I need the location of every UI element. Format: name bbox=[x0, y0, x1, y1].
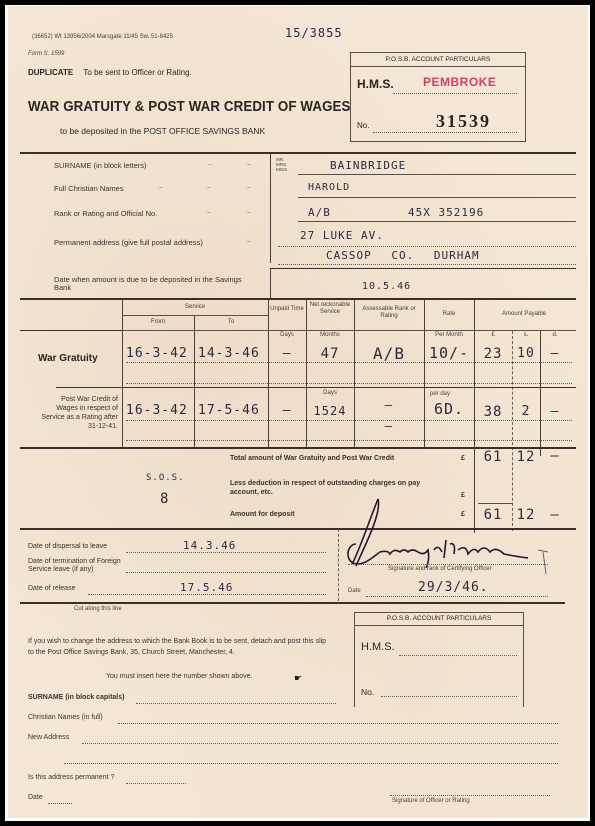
row-label-post-war-credit: Post War Credit of Wages in respect of S… bbox=[38, 395, 118, 431]
war-gratuity-rate[interactable]: 10/- bbox=[424, 344, 474, 362]
surname-value[interactable]: BAINBRIDGE bbox=[330, 159, 406, 172]
post-war-credit-unpaid[interactable]: – bbox=[268, 403, 306, 418]
reference-number: 15/3855 bbox=[285, 26, 343, 40]
post-war-credit-rank[interactable]: – bbox=[354, 398, 424, 412]
unit-days-row2: Days bbox=[306, 390, 354, 396]
account-particulars-box: P.O.S.B. ACCOUNT PARTICULARS H.M.S. PEMB… bbox=[350, 52, 526, 142]
post-war-credit-rate[interactable]: 6D. bbox=[424, 400, 474, 418]
slip-no-label: No. bbox=[361, 687, 374, 697]
margin-note-sos: S.O.S. bbox=[146, 473, 185, 483]
slip-hms-label: H.M.S. bbox=[361, 641, 395, 653]
header-unpaid-time: Unpaid Time bbox=[268, 306, 306, 313]
account-no-label: No. bbox=[357, 121, 369, 130]
deposit-label: Amount for deposit bbox=[230, 511, 295, 518]
release-value[interactable]: 17.5.46 bbox=[180, 581, 233, 594]
row-label-war-gratuity: War Gratuity bbox=[38, 353, 98, 364]
header-service: Service bbox=[122, 304, 268, 310]
address-line2[interactable]: CASSOP CO. DURHAM bbox=[326, 249, 480, 262]
header-amount-payable: Amount Payable bbox=[474, 311, 574, 317]
war-gratuity-shillings[interactable]: 10 bbox=[512, 346, 540, 361]
slip-instructions: If you wish to change the address to whi… bbox=[28, 636, 328, 658]
war-gratuity-to[interactable]: 14-3-46 bbox=[198, 346, 260, 361]
official-number-value[interactable]: 45X 352196 bbox=[408, 206, 484, 219]
address-line1[interactable]: 27 LUKE AV. bbox=[300, 229, 384, 242]
slip-date-label: Date bbox=[28, 794, 43, 801]
war-gratuity-from[interactable]: 16-3-42 bbox=[126, 346, 188, 361]
post-war-credit-to[interactable]: 17-5-46 bbox=[198, 403, 260, 418]
termination-label: Date of termination of Foreign Service l… bbox=[28, 558, 138, 573]
post-war-credit-from[interactable]: 16-3-42 bbox=[126, 403, 188, 418]
printer-line: (36652) Wt 13956/2004 Marsgate 11/45 Sw.… bbox=[32, 34, 173, 40]
dispersal-value[interactable]: 14.3.46 bbox=[183, 539, 236, 552]
total-shillings[interactable]: 12 bbox=[512, 449, 540, 465]
unit-months: Months bbox=[306, 332, 354, 338]
unit-per-month: Per Month bbox=[424, 332, 474, 338]
total-pounds[interactable]: 61 bbox=[474, 449, 512, 465]
rank-value[interactable]: A/B bbox=[308, 206, 331, 219]
account-box-heading: P.O.S.B. ACCOUNT PARTICULARS bbox=[351, 53, 525, 67]
title-prefix: MR. MRS. MISS bbox=[276, 157, 290, 172]
post-war-credit-pence[interactable]: – bbox=[540, 404, 570, 419]
deposit-date-value[interactable]: 10.5.46 bbox=[362, 281, 411, 292]
post-war-credit-shillings[interactable]: 2 bbox=[512, 404, 540, 419]
pointing-hand-icon: ☛ bbox=[294, 673, 302, 684]
header-from: From bbox=[122, 319, 194, 325]
margin-note-number: 8 bbox=[160, 491, 169, 507]
christian-names-value[interactable]: HAROLD bbox=[308, 182, 350, 193]
war-gratuity-pounds[interactable]: 23 bbox=[474, 346, 512, 362]
slip-signature-caption: Signature of Officer or Rating bbox=[392, 798, 470, 804]
header-rate: Rate bbox=[424, 311, 474, 317]
release-label: Date of release bbox=[28, 585, 75, 592]
account-number: 31539 bbox=[436, 111, 491, 132]
form-title: WAR GRATUITY & POST WAR CREDIT OF WAGES bbox=[28, 99, 351, 115]
unit-days: Days bbox=[268, 332, 306, 338]
slip-account-particulars-box: P.O.S.B. ACCOUNT PARTICULARS H.M.S. No. bbox=[354, 612, 524, 707]
war-gratuity-unpaid[interactable]: – bbox=[268, 346, 306, 361]
unit-shillings: s. bbox=[512, 332, 540, 338]
signed-date-label: Date bbox=[348, 588, 361, 594]
surname-label: SURNAME (in block letters) bbox=[54, 161, 147, 170]
duplicate-note: To be sent to Officer or Rating. bbox=[83, 68, 191, 77]
duplicate-line: DUPLICATE To be sent to Officer or Ratin… bbox=[28, 68, 192, 77]
certifying-officer-signature bbox=[338, 494, 568, 574]
signed-date-value[interactable]: 29/3/46. bbox=[418, 580, 489, 595]
address-label: Permanent address (give full postal addr… bbox=[54, 238, 203, 247]
form-subtitle: to be deposited in the POST OFFICE SAVIN… bbox=[60, 126, 265, 136]
header-reckonable: Net reckonable Service bbox=[306, 302, 354, 316]
slip-account-box-heading: P.O.S.B. ACCOUNT PARTICULARS bbox=[355, 613, 523, 626]
rank-label: Rank or Rating and Official No. bbox=[54, 209, 157, 218]
slip-permanent-label: Is this address permanent ? bbox=[28, 774, 114, 781]
header-rank: Assessable Rank or Rating bbox=[354, 306, 424, 320]
duplicate-label: DUPLICATE bbox=[28, 68, 73, 77]
hms-label: H.M.S. bbox=[357, 77, 394, 91]
dispersal-label: Date of dispersal to leave bbox=[28, 543, 107, 550]
header-to: To bbox=[194, 319, 268, 325]
total-pence[interactable]: – bbox=[540, 448, 570, 464]
total-label: Total amount of War Gratuity and Post Wa… bbox=[230, 455, 394, 462]
insert-number-note: You must insert here the number shown ab… bbox=[106, 673, 252, 680]
unit-pence: d. bbox=[540, 332, 570, 338]
post-war-credit-reckonable[interactable]: 1524 bbox=[306, 404, 354, 418]
slip-address-label: New Address bbox=[28, 734, 69, 741]
war-gratuity-rank[interactable]: A/B bbox=[354, 344, 424, 363]
unit-pounds: £ bbox=[474, 332, 512, 338]
form-s1599: (36652) Wt 13956/2004 Marsgate 11/45 Sw.… bbox=[8, 6, 588, 818]
cut-line-note: Cut along this line bbox=[74, 606, 122, 612]
slip-christian-label: Christian Names (in full) bbox=[28, 714, 103, 721]
war-gratuity-pence[interactable]: – bbox=[540, 346, 570, 361]
christian-names-label: Full Christian Names bbox=[54, 184, 124, 193]
hms-stamp: PEMBROKE bbox=[423, 75, 496, 89]
deposit-date-label: Date when amount is due to be deposited … bbox=[54, 276, 254, 292]
post-war-credit-pounds[interactable]: 38 bbox=[474, 404, 512, 420]
form-number: Form S. 1599 bbox=[28, 51, 64, 57]
slip-surname-label: SURNAME (in block capitals) bbox=[28, 694, 124, 701]
rate-unit-per-day: per day bbox=[430, 391, 450, 397]
war-gratuity-reckonable[interactable]: 47 bbox=[306, 346, 354, 362]
signature-caption: Signature and rank of Certifying Officer bbox=[388, 566, 492, 572]
